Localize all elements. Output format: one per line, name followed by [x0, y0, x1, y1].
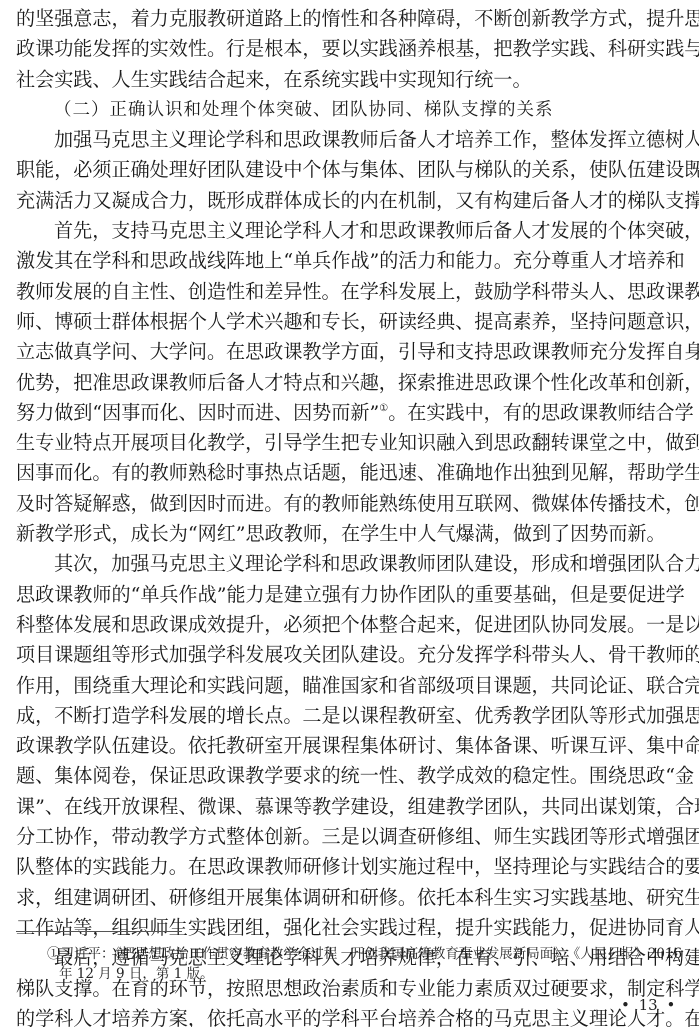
text-line: 政课功能发挥的实效性。行是根本，要以实践涵养根基，把教学实践、科研实践与 — [16, 34, 684, 64]
text-line: 课”、在线开放课程、微课、慕课等教学建设，组建教学团队，共同出谋划策，合理 — [16, 792, 684, 822]
text-line: 政课教学队伍建设。依托教研室开展课程集体研讨、集体备课、听课互评、集中命 — [16, 731, 684, 761]
text-line: 激发其在学科和思政战线阵地上“单兵作战”的活力和能力。充分尊重人才培养和 — [16, 246, 684, 276]
text-line: 师、博硕士群体根据个人学术兴趣和专长，研读经典、提高素养，坚持问题意识， — [16, 307, 684, 337]
text-line: 科整体发展和思政课成效提升，必须把个体整合起来，促进团队协同发展。一是以 — [16, 610, 684, 640]
text-line: 作用，围绕重大理论和实践问题，瞄准国家和省部级项目课题，共同论证、联合完 — [16, 671, 684, 701]
text-line: 社会实践、人生实践结合起来，在系统实践中实现知行统一。 — [16, 65, 684, 95]
text-line: 分工协作，带动教学方式整体创新。三是以调查研修组、师生实践团等形式增强团 — [16, 822, 684, 852]
text-line: 充满活力又凝成合力，既形成群体成长的内在机制，又有构建后备人才的梯队支撑。 — [16, 186, 684, 216]
footnote: ①习近平：《把思想政治工作贯穿教育教学全过程 开创我国高等教育事业发展新局面》，… — [47, 944, 683, 984]
footnote-line-1: ①习近平：《把思想政治工作贯穿教育教学全过程 开创我国高等教育事业发展新局面》，… — [47, 944, 683, 964]
footnote-line-2: 年 12 月 9 日，第 1 版。 — [47, 964, 683, 984]
text-line: 首先，支持马克思主义理论学科人才和思政课教师后备人才发展的个体突破， — [16, 216, 684, 246]
text-segment: 。在实践中，有的思政课教师结合学 — [388, 401, 694, 424]
page-number: • 13 • — [621, 996, 675, 1014]
text-line: 工作站等，组织师生实践团组，强化社会实践过程，提升实践能力，促进协同育人。 — [16, 913, 684, 943]
text-line: 的学科人才培养方案，依托高水平的学科平台培养合格的马克思主义理论人才。在 — [16, 1004, 684, 1027]
page-body: 的坚强意志，着力克服教研道路上的惰性和各种障碍，不断创新教学方式，提升思政课功能… — [16, 4, 684, 1027]
footnote-divider — [16, 931, 182, 932]
text-line: 新教学形式，成长为“网红”思政教师，在学生中人气爆满，做到了因势而新。 — [16, 519, 684, 549]
footnote-marker[interactable]: ① — [379, 403, 388, 414]
text-line: 优势，把准思政课教师后备人才特点和兴趣，探索推进思政课个性化改革和创新， — [16, 368, 684, 398]
text-line: 项目课题组等形式加强学科发展攻关团队建设。充分发挥学科带头人、骨干教师的 — [16, 640, 684, 670]
text-segment: 努力做到“因事而化、因时而进、因势而新” — [16, 401, 379, 424]
text-line: 队整体的实践能力。在思政课教师研修计划实施过程中，坚持理论与实践结合的要 — [16, 852, 684, 882]
text-line: 加强马克思主义理论学科和思政课教师后备人才培养工作，整体发挥立德树人 — [16, 125, 684, 155]
text-line: 思政课教师的“单兵作战”能力是建立强有力协作团队的重要基础，但是要促进学 — [16, 580, 684, 610]
text-line: 求，组建调研团、研修组开展集体调研和研修。依托本科生实习实践基地、研究生 — [16, 883, 684, 913]
text-line: 立志做真学问、大学问。在思政课教学方面，引导和支持思政课教师充分发挥自身 — [16, 337, 684, 367]
text-line: 其次，加强马克思主义理论学科和思政课教师团队建设，形成和增强团队合力。 — [16, 549, 684, 579]
text-line: 因事而化。有的教师熟稔时事热点话题，能迅速、准确地作出独到见解，帮助学生 — [16, 458, 684, 488]
text-line: 的坚强意志，着力克服教研道路上的惰性和各种障碍，不断创新教学方式，提升思 — [16, 4, 684, 34]
text-line: 职能，必须正确处理好团队建设中个体与集体、团队与梯队的关系，使队伍建设既 — [16, 155, 684, 185]
text-line: 生专业特点开展项目化教学，引导学生把专业知识融入到思政翻转课堂之中，做到 — [16, 428, 684, 458]
text-line: 及时答疑解惑，做到因时而进。有的教师能熟练使用互联网、微媒体传播技术，创 — [16, 489, 684, 519]
text-line: 成，不断打造学科发展的增长点。二是以课程教研室、优秀教学团队等形式加强思 — [16, 701, 684, 731]
section-heading: （二）正确认识和处理个体突破、团队协同、梯队支撑的关系 — [16, 95, 684, 125]
text-line: 努力做到“因事而化、因时而进、因势而新”①。在实践中，有的思政课教师结合学 — [16, 398, 684, 428]
text-line: 题、集体阅卷，保证思政课教学要求的统一性、教学成效的稳定性。围绕思政“金 — [16, 761, 684, 791]
text-line: 教师发展的自主性、创造性和差异性。在学科发展上，鼓励学科带头人、思政课教 — [16, 277, 684, 307]
